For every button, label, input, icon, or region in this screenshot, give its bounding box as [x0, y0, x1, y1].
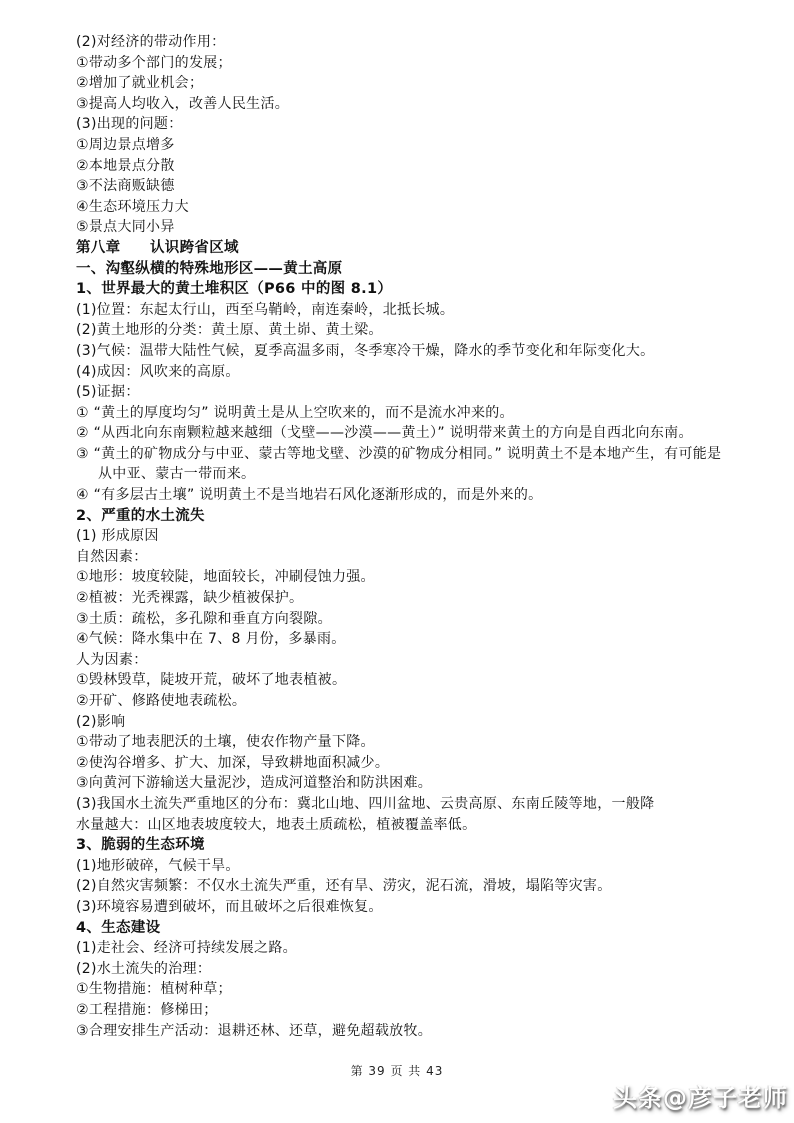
text-line: (2)自然灾害频繁：不仅水土流失严重，还有旱、涝灾，泥石流，滑坡，塌陷等灾害。 [76, 876, 724, 897]
text-line: 3、脆弱的生态环境 [76, 835, 724, 856]
text-line: ①带动了地表肥沃的土壤，使农作物产量下降。 [76, 732, 724, 753]
text-line: ①地形：坡度较陡，地面较长，冲刷侵蚀力强。 [76, 567, 724, 588]
text-line: ③不法商贩缺德 [76, 176, 724, 197]
text-line: 1、世界最大的黄土堆积区（P66 中的图 8.1） [76, 279, 724, 300]
text-line: ② “从西北向东南颗粒越来越细（戈壁——沙漠——黄土）” 说明带来黄土的方向是自… [76, 423, 724, 444]
text-line: ②使沟谷增多、扩大、加深，导致耕地面积减少。 [76, 753, 724, 774]
document-page: (2)对经济的带动作用：①带动多个部门的发展；②增加了就业机会；③提高人均收入，… [0, 0, 794, 1123]
text-line: ⑤景点大同小异 [76, 217, 724, 238]
text-line: (3)气候：温带大陆性气候，夏季高温多雨，冬季寒冷干燥，降水的季节变化和年际变化… [76, 341, 724, 362]
text-line: ①毁林毁草，陡坡开荒，破坏了地表植被。 [76, 670, 724, 691]
document-lines: (2)对经济的带动作用：①带动多个部门的发展；②增加了就业机会；③提高人均收入，… [76, 32, 724, 1041]
text-line: (1)地形破碎，气候干旱。 [76, 856, 724, 877]
text-line: ②增加了就业机会； [76, 73, 724, 94]
text-line: (5)证据： [76, 382, 724, 403]
text-line: (1) 形成原因 [76, 526, 724, 547]
text-line: 水量越大：山区地表坡度较大，地表土质疏松，植被覆盖率低。 [76, 815, 724, 836]
text-line: ①周边景点增多 [76, 135, 724, 156]
text-line: 从中亚、蒙古一带而来。 [76, 464, 724, 485]
text-line: (3)我国水土流失严重地区的分布：冀北山地、四川盆地、云贵高原、东南丘陵等地，一… [76, 794, 724, 815]
text-line: ①生物措施：植树种草； [76, 979, 724, 1000]
text-line: 第八章 认识跨省区域 [76, 238, 724, 259]
text-line: (3)出现的问题： [76, 114, 724, 135]
watermark: 头条@彦子老师 [613, 1078, 788, 1113]
text-line: ④气候：降水集中在 7、8 月份，多暴雨。 [76, 629, 724, 650]
text-line: ① “黄土的厚度均匀” 说明黄土是从上空吹来的，而不是流水冲来的。 [76, 403, 724, 424]
text-line: ③ “黄土的矿物成分与中亚、蒙古等地戈壁、沙漠的矿物成分相同。” 说明黄土不是本… [76, 444, 724, 465]
text-line: ④ “有多层古土壤” 说明黄土不是当地岩石风化逐渐形成的，而是外来的。 [76, 485, 724, 506]
text-line: ③提高人均收入，改善人民生活。 [76, 94, 724, 115]
text-line: 自然因素： [76, 547, 724, 568]
text-line: 2、严重的水土流失 [76, 506, 724, 527]
text-line: ③合理安排生产活动：退耕还林、还草，避免超载放牧。 [76, 1021, 724, 1042]
text-line: (1)位置：东起太行山，西至乌鞘岭，南连秦岭，北抵长城。 [76, 300, 724, 321]
page-footer: 第 39 页 共 43 [0, 1062, 794, 1079]
text-line: ②本地景点分散 [76, 156, 724, 177]
text-line: 4、生态建设 [76, 918, 724, 939]
text-line: 一、沟壑纵横的特殊地形区——黄土高原 [76, 259, 724, 280]
text-line: ③向黄河下游输送大量泥沙，造成河道整治和防洪困难。 [76, 773, 724, 794]
text-line: (2)影响 [76, 712, 724, 733]
text-line: ②开矿、修路使地表疏松。 [76, 691, 724, 712]
text-line: (2)黄土地形的分类：黄土原、黄土峁、黄土梁。 [76, 320, 724, 341]
text-line: 人为因素： [76, 650, 724, 671]
text-line: ②植被：光秃裸露，缺少植被保护。 [76, 588, 724, 609]
text-line: ②工程措施：修梯田； [76, 1000, 724, 1021]
text-line: (3)环境容易遭到破坏，而且破坏之后很难恢复。 [76, 897, 724, 918]
text-line: (2)对经济的带动作用： [76, 32, 724, 53]
text-line: ①带动多个部门的发展； [76, 53, 724, 74]
text-line: (1)走社会、经济可持续发展之路。 [76, 938, 724, 959]
text-line: (2)水土流失的治理： [76, 959, 724, 980]
text-line: ③土质：疏松，多孔隙和垂直方向裂隙。 [76, 609, 724, 630]
text-line: (4)成因：风吹来的高原。 [76, 362, 724, 383]
text-line: ④生态环境压力大 [76, 197, 724, 218]
